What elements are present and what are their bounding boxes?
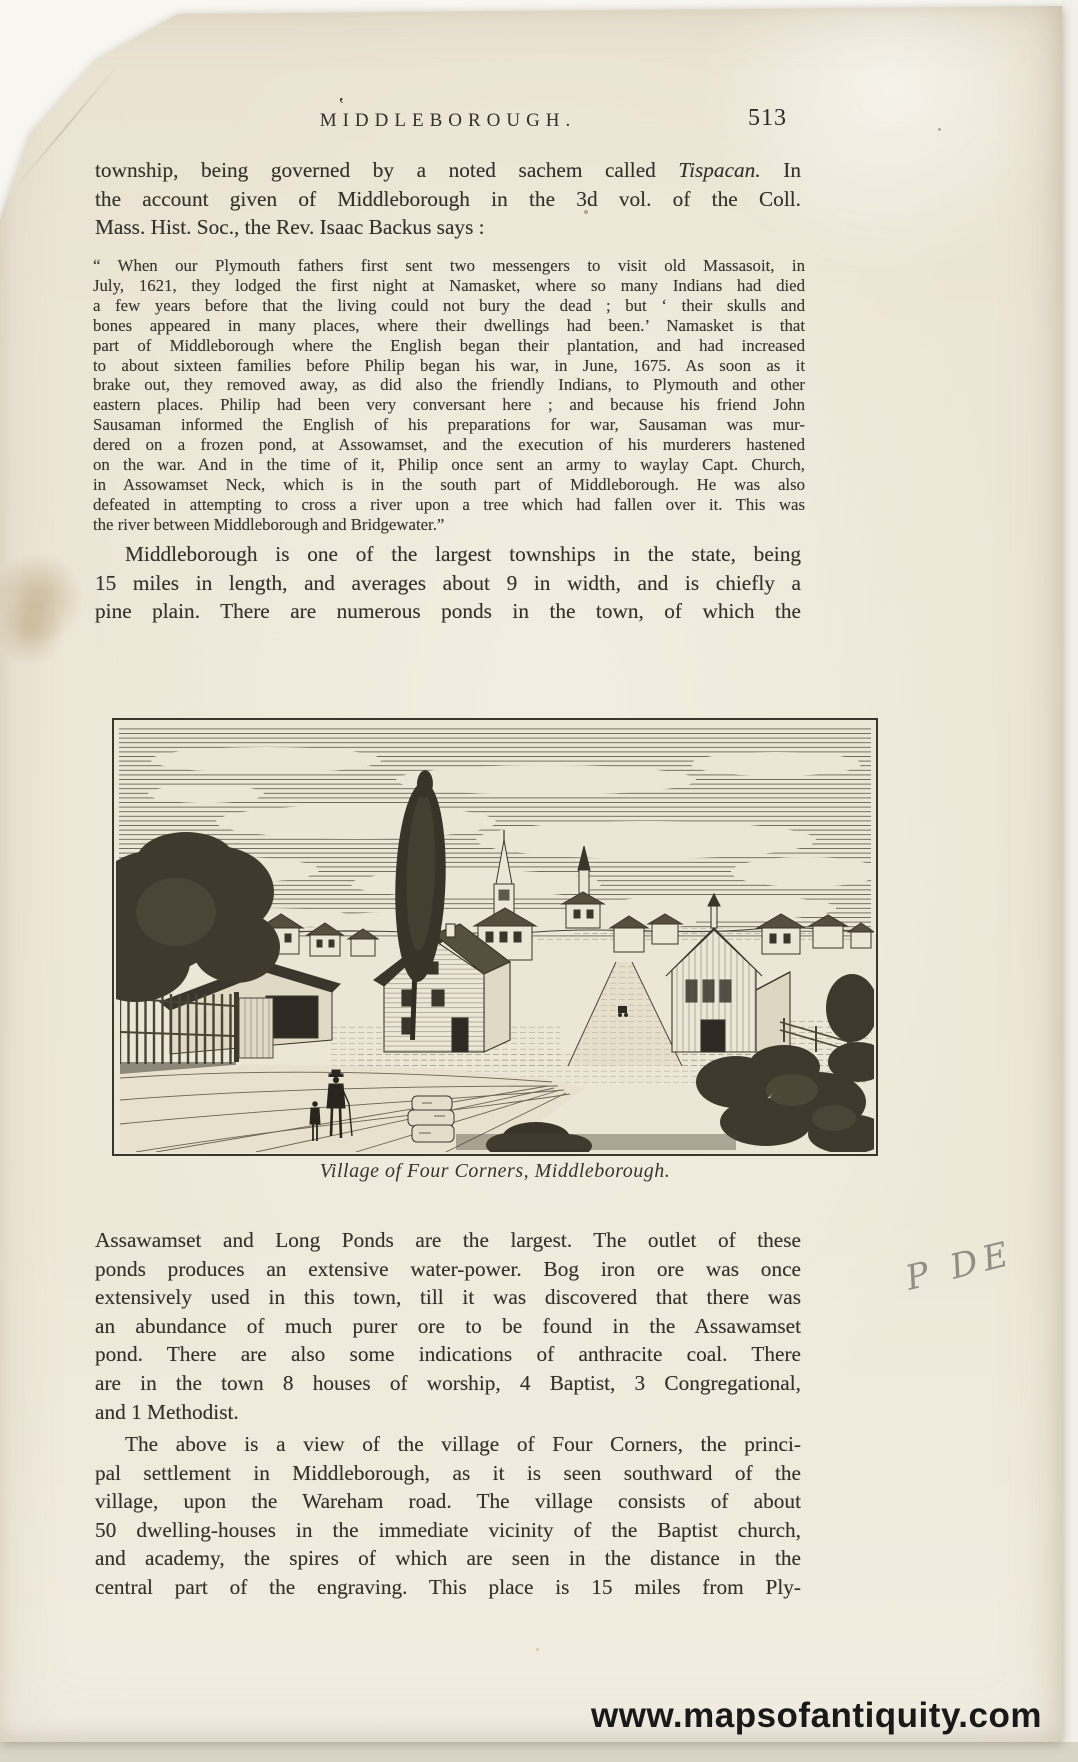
quote-line: Sausaman informed the English of his pre…	[93, 415, 805, 435]
text-segment: In	[761, 158, 801, 182]
paragraph-1: township, being governed by a noted sach…	[95, 156, 801, 242]
quote-line: on the war. And in the time of it, Phili…	[93, 455, 805, 475]
quote-line: in Assowamset Neck, which is in the sout…	[93, 475, 805, 495]
text-line: extensively used in this town, till it w…	[95, 1283, 801, 1312]
quote-line: “ When our Plymouth fathers first sent t…	[93, 256, 805, 276]
pencil-annotation: P DE	[902, 1233, 1018, 1298]
quote-line: defeated in attempting to cross a river …	[93, 495, 805, 515]
seller-watermark: www.mapsofantiquity.com	[560, 1696, 1042, 1736]
text-line: an abundance of much purer ore to be fou…	[95, 1312, 801, 1341]
quote-line: the river between Middleborough and Brid…	[93, 515, 805, 535]
running-head-title: MIDDLEBOROUGH.	[95, 110, 801, 132]
quote-line: bones appeared in many places, where the…	[93, 316, 805, 336]
text-line: The above is a view of the village of Fo…	[95, 1430, 801, 1459]
quote-line: a few years before that the living could…	[93, 296, 805, 316]
quote-line: July, 1621, they lodged the first night …	[93, 276, 805, 296]
quote-line: part of Middleborough where the English …	[93, 336, 805, 356]
text-line: village, upon the Wareham road. The vill…	[95, 1487, 801, 1516]
text-line: are in the town 8 houses of worship, 4 B…	[95, 1369, 801, 1398]
scanned-book-page-wrap: ‛ MIDDLEBOROUGH. 513 township, being gov…	[0, 0, 1078, 1762]
text-line: pine plain. There are numerous ponds in …	[95, 597, 801, 626]
text-line: and 1 Methodist.	[95, 1398, 801, 1427]
text-line: Mass. Hist. Soc., the Rev. Isaac Backus …	[95, 213, 801, 242]
engraving-stone-pile	[408, 1096, 454, 1142]
scanned-book-page: ‛ MIDDLEBOROUGH. 513 township, being gov…	[0, 6, 1062, 1742]
page-number: 513	[748, 105, 787, 132]
text-line: the account given of Middleborough in th…	[95, 185, 801, 214]
text-line: Assawamset and Long Ponds are the larges…	[95, 1226, 801, 1255]
paragraph-3: Assawamset and Long Ponds are the larges…	[95, 1226, 801, 1426]
quote-line: to about sixteen families before Philip …	[93, 356, 805, 376]
text-line: 50 dwelling-houses in the immediate vici…	[95, 1516, 801, 1545]
text-line: central part of the engraving. This plac…	[95, 1573, 801, 1602]
engraving-illustration	[116, 722, 874, 1152]
backus-quote-block: “ When our Plymouth fathers first sent t…	[93, 256, 805, 535]
paragraph-2: Middleborough is one of the largest town…	[95, 540, 801, 626]
engraving-frame	[112, 718, 878, 1156]
engraving-caption: Village of Four Corners, Middleborough.	[112, 1160, 878, 1183]
text-line: ponds produces an extensive water-power.…	[95, 1255, 801, 1284]
quote-line: brake out, they removed away, as did als…	[93, 375, 805, 395]
text-line: Middleborough is one of the largest town…	[95, 540, 801, 569]
quote-line: dered on a frozen pond, at Assowamset, a…	[93, 435, 805, 455]
quote-line: eastern places. Philip had been very con…	[93, 395, 805, 415]
text-segment: township, being governed by a noted sach…	[95, 158, 678, 182]
foxing-speck	[938, 128, 941, 131]
text-line: pond. There are also some indications of…	[95, 1340, 801, 1369]
engraving-center-road	[568, 962, 682, 1066]
text-line: 15 miles in length, and averages about 9…	[95, 569, 801, 598]
text-line: and academy, the spires of which are see…	[95, 1544, 801, 1573]
paragraph-4: The above is a view of the village of Fo…	[95, 1430, 801, 1602]
text-line: pal settlement in Middleborough, as it i…	[95, 1459, 801, 1488]
foxing-speck	[536, 1648, 539, 1651]
italic-word-tispacan: Tispacan.	[678, 158, 760, 182]
text-line: township, being governed by a noted sach…	[95, 156, 801, 185]
